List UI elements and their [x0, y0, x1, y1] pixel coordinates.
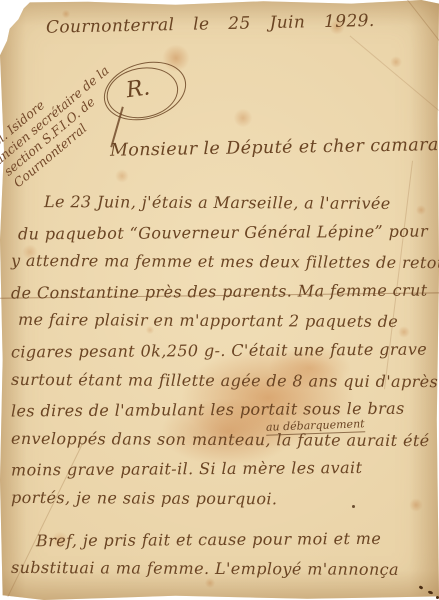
body-line: cigares pesant 0k,250 g-. C'était une fa…	[6, 334, 436, 367]
body-line: substituai a ma femme. L'employé m'annon…	[6, 553, 436, 585]
body-line: me faire plaisir en m'apportant 2 paquet…	[6, 305, 436, 337]
ink-speck	[352, 505, 355, 508]
body-line: surtout étant ma fillette agée de 8 ans …	[6, 364, 436, 396]
body-line: Le 23 Juin, j'étais a Marseille, a l'arr…	[6, 187, 436, 219]
body-line: enveloppés dans son manteau, la faute au…	[6, 424, 436, 456]
scanned-letter-photo: Cournonterral le 25 Juin 1929. Col. Isid…	[0, 0, 439, 600]
body-line: les dires de l'ambulant les portait sous…	[6, 394, 436, 427]
body-line: Bref, je pris fait et cause pour moi et …	[6, 523, 436, 556]
monogram-initial: R.	[125, 75, 152, 103]
body-line: de Constantine près des parents. Ma femm…	[6, 275, 436, 308]
letter-body: Le 23 Juin, j'étais a Marseille, a l'arr…	[6, 188, 436, 584]
body-line: du paquebot “Gouverneur Général Lépine” …	[6, 216, 436, 249]
body-line: moins grave parait-il. Si la mère les av…	[6, 453, 436, 486]
body-line: portés, je ne sais pas pourquoi.	[6, 483, 436, 515]
body-line: y attendre ma femme et mes deux fillette…	[6, 246, 436, 278]
